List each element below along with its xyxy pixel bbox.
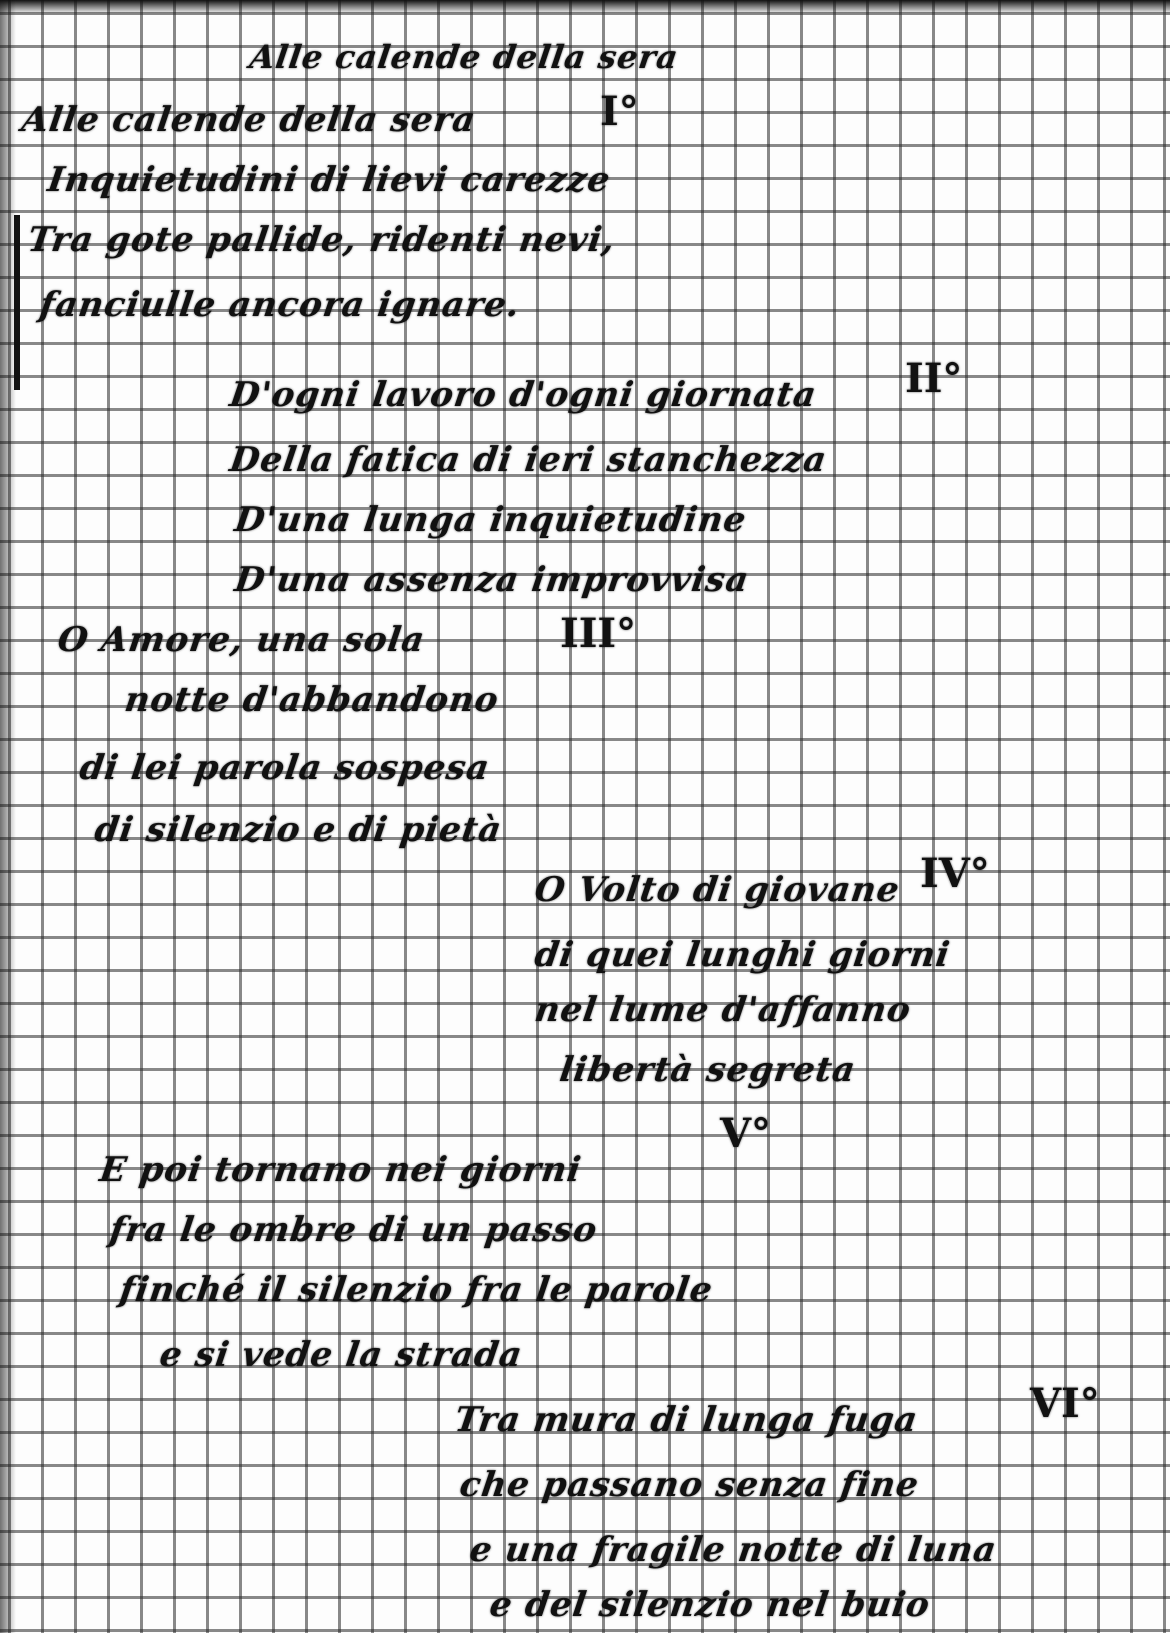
section-2-line-1: D'ogni lavoro d'ogni giornata xyxy=(227,375,819,415)
section-6-line-3: e una fragile notte di luna xyxy=(467,1530,999,1570)
manuscript-title: Alle calende della sera xyxy=(247,38,681,76)
section-4-line-3: nel lume d'affanno xyxy=(532,990,913,1030)
section-4-numeral: IV° xyxy=(920,850,990,897)
section-1-numeral: I° xyxy=(600,88,639,135)
section-4-line-1: O Volto di giovane xyxy=(532,870,902,910)
section-5-line-3: finché il silenzio fra le parole xyxy=(117,1270,715,1310)
section-1-line-3: Tra gote pallide, ridenti nevi, xyxy=(25,220,618,260)
section-5-line-2: fra le ombre di un passo xyxy=(107,1210,600,1250)
section-2-numeral: II° xyxy=(905,355,962,402)
section-1-line-4: fanciulle ancora ignare. xyxy=(37,285,522,325)
margin-bracket xyxy=(14,215,20,390)
section-4-line-4: libertà segreta xyxy=(557,1050,858,1090)
section-5-numeral: V° xyxy=(720,1110,771,1157)
section-3-line-4: di silenzio e di pietà xyxy=(92,810,504,850)
section-5-line-1: E poi tornano nei giorni xyxy=(97,1150,584,1190)
section-1-line-2: Inquietudini di lievi carezze xyxy=(45,160,613,200)
section-3-line-1: O Amore, una sola xyxy=(55,620,427,660)
page-top-edge xyxy=(0,0,1170,14)
section-2-line-3: D'una lunga inquietudine xyxy=(232,500,749,540)
section-2-line-2: Della fatica di ieri stanchezza xyxy=(227,440,829,480)
section-2-line-4: D'una assenza improvvisa xyxy=(232,560,752,600)
section-3-numeral: III° xyxy=(560,610,636,657)
graph-paper-page: Alle calende della sera Alle calende del… xyxy=(0,0,1170,1633)
section-6-line-4: e del silenzio nel buio xyxy=(487,1585,933,1625)
section-5-line-4: e si vede la strada xyxy=(157,1335,525,1375)
section-3-line-2: notte d'abbandono xyxy=(122,680,501,720)
section-1-line-1: Alle calende della sera xyxy=(19,100,478,140)
section-4-line-2: di quei lunghi giorni xyxy=(532,935,953,975)
section-3-line-3: di lei parola sospesa xyxy=(77,748,492,788)
section-6-numeral: VI° xyxy=(1030,1380,1100,1427)
section-6-line-2: che passano senza fine xyxy=(457,1465,921,1505)
section-6-line-1: Tra mura di lunga fuga xyxy=(452,1400,920,1440)
